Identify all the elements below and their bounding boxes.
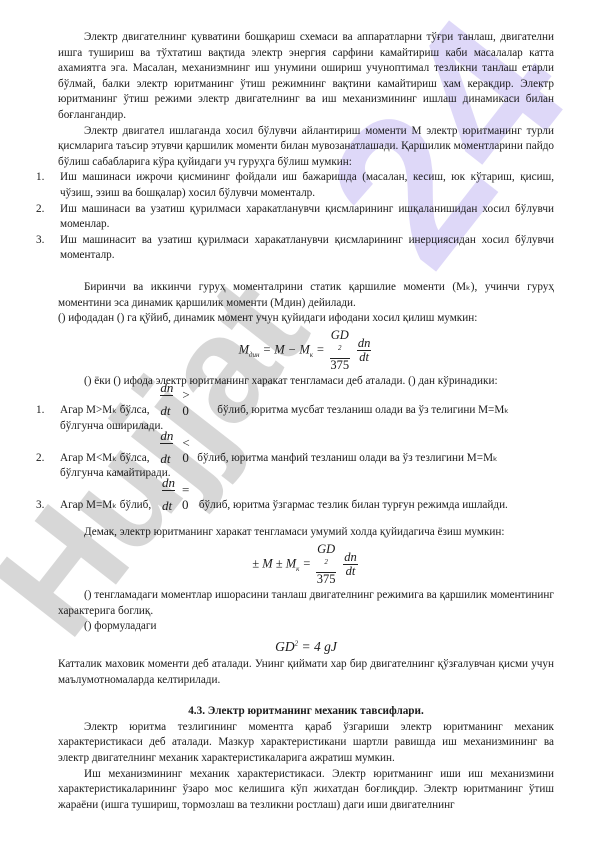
formula-dynamic-moment: Mдин = M − Mк = GD2375 dndt — [58, 329, 554, 372]
list-item: 3. Агар М=Мₖ бўлиб, dn dt = 0 бўлиб, юри… — [58, 498, 554, 514]
moment-groups-list: 1. Иш машинаси ижрочи қисмининг фойдали … — [58, 170, 554, 264]
paragraph-formula-ref: () формуладаги — [58, 619, 554, 635]
paragraph-moments: Электр двигател ишлаганда хосил бўлувчи … — [58, 124, 554, 171]
paragraph-mech-characteristic: Электр юритма тезлигининг моментга қараб… — [58, 720, 554, 767]
formula-flywheel: GD2 = 4 gJ — [58, 639, 554, 655]
paragraph-intro: Электр двигателнинг қувватини бошқариш с… — [58, 30, 554, 124]
conditions-list: 1. Агар М>Мₖ бўлса, dn dt > 0 бўлиб, юри… — [58, 403, 554, 513]
list-item: 1. Агар М>Мₖ бўлса, dn dt > 0 бўлиб, юри… — [58, 403, 554, 434]
paragraph-derivation: () ифодадан () га қўйиб, динамик момент … — [58, 311, 554, 327]
list-item: 3.Иш машинасит ва узатиш қурилмаси харак… — [58, 233, 554, 264]
paragraph-flywheel: Катталик маховик моменти деб аталади. Ун… — [58, 657, 554, 688]
section-heading: 4.3. Электр юритманинг механик тавсифлар… — [58, 704, 554, 720]
list-item: 2. Агар М<Мₖ бўлса, dn dt < 0 бўлиб, юри… — [58, 451, 554, 482]
paragraph-work-mechanism: Иш механизмининг механик характеристикас… — [58, 767, 554, 814]
list-item: 1. Иш машинаси ижрочи қисмининг фойдали … — [58, 170, 554, 201]
document-page: Электр двигателнинг қувватини бошқариш с… — [58, 30, 554, 813]
paragraph-general-equation: Демак, электр юритманинг харакат тенглам… — [58, 525, 554, 541]
paragraph-motion-equation: () ёки () ифода электр юритманинг харака… — [58, 374, 554, 390]
paragraph-static-dynamic: Биринчи ва иккинчи гуруҳ моменталрини ст… — [58, 280, 554, 311]
paragraph-sign-choice: () тенгламадаги моментлар ишорасини танл… — [58, 588, 554, 619]
formula-general-motion: ± M ± Mк = GD2375 dndt — [58, 543, 554, 586]
list-item: 2. Иш машинаси ва узатиш қурилмаси харак… — [58, 202, 554, 233]
